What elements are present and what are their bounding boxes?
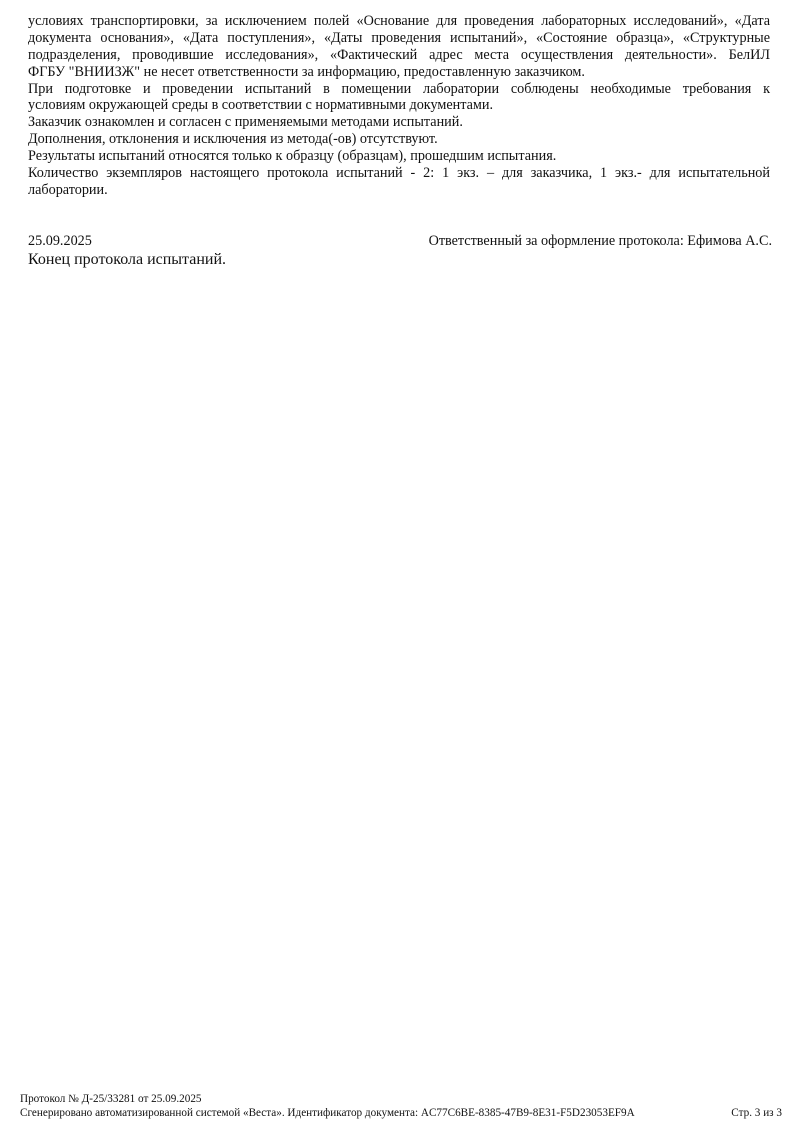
- text-line: ФГБУ "ВНИИЗЖ" не несет ответственности з…: [28, 64, 770, 81]
- paragraph-environment: При подготовке и проведении испытаний в …: [28, 81, 770, 115]
- paragraph-copies: Количество экземпляров настоящего проток…: [28, 165, 770, 199]
- protocol-body: условиях транспортировки, за исключением…: [28, 13, 770, 199]
- text-line: Количество экземпляров настоящего проток…: [28, 165, 770, 182]
- paragraph-deviations: Дополнения, отклонения и исключения из м…: [28, 131, 770, 148]
- paragraph-data-disclaimer: условиях транспортировки, за исключением…: [28, 13, 770, 81]
- footer-protocol-number: Протокол № Д-25/33281 от 25.09.2025: [20, 1093, 782, 1107]
- footer-row: Сгенерировано автоматизированной системо…: [20, 1107, 782, 1121]
- text-line: Заказчик ознакомлен и согласен с применя…: [28, 114, 770, 131]
- page-number: Стр. 3 из 3: [731, 1107, 782, 1121]
- text-line: условиях транспортировки, за исключением…: [28, 13, 770, 30]
- text-line: При подготовке и проведении испытаний в …: [28, 81, 770, 98]
- text-line: Дополнения, отклонения и исключения из м…: [28, 131, 770, 148]
- footer-generated-by: Сгенерировано автоматизированной системо…: [20, 1107, 635, 1121]
- text-line: подразделения, проводившие исследования»…: [28, 47, 770, 64]
- text-line: лаборатории.: [28, 182, 770, 199]
- signature-date: 25.09.2025: [28, 233, 92, 250]
- paragraph-customer-agreement: Заказчик ознакомлен и согласен с применя…: [28, 114, 770, 131]
- text-line: Результаты испытаний относятся только к …: [28, 148, 770, 165]
- responsible-person: Ответственный за оформление протокола: Е…: [429, 233, 772, 250]
- page-footer: Протокол № Д-25/33281 от 25.09.2025 Сген…: [20, 1093, 782, 1120]
- text-line: документа основания», «Дата поступления»…: [28, 30, 770, 47]
- signature-row: 25.09.2025 Ответственный за оформление п…: [28, 233, 772, 250]
- end-of-protocol: Конец протокола испытаний.: [28, 250, 226, 269]
- paragraph-results-scope: Результаты испытаний относятся только к …: [28, 148, 770, 165]
- text-line: условиям окружающей среды в соответствии…: [28, 97, 770, 114]
- document-page: условиях транспортировки, за исключением…: [0, 0, 800, 1132]
